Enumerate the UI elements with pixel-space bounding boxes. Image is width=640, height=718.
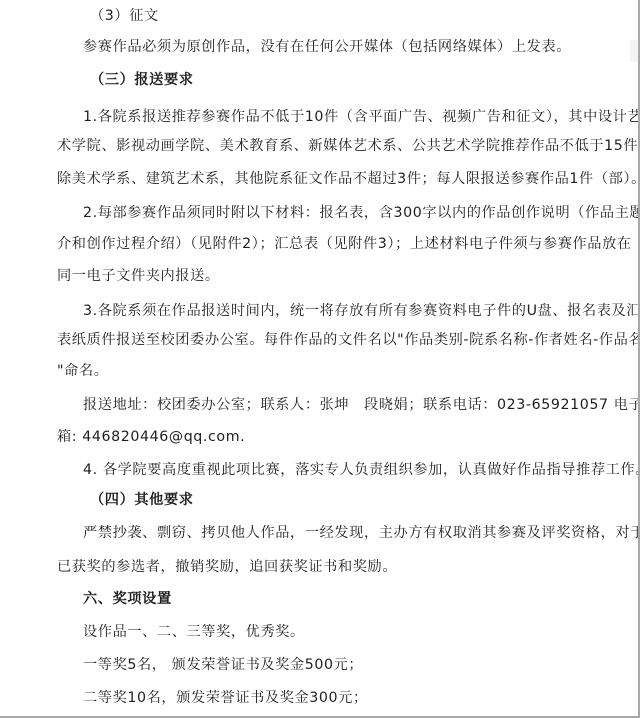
paragraph-line: 表纸质件报送至校团委办公室。每件作品的文件名以"作品类别-院系名称-作者姓名-作… bbox=[57, 330, 640, 350]
paragraph-line: 4. 各学院要高度重视此项比赛，落实专人负责组织参加，认真做好作品指导推荐工作。 bbox=[83, 460, 640, 480]
paragraph-line: 已获奖的参选者，撤销奖励，追回获奖证书和奖励。 bbox=[57, 557, 397, 577]
section-heading-awards: 六、奖项设置 bbox=[83, 589, 172, 609]
paragraph-line: 严禁抄袭、剽窃、拷贝他人作品，一经发现，主办方有权取消其参赛及评奖资格，对于 bbox=[83, 523, 640, 543]
contact-line: 报送地址：校团委办公室；联系人：张坤 段晓娟；联系电话：023-65921057… bbox=[83, 395, 640, 415]
paragraph-line: 2.每部参赛作品须同时附以下材料：报名表，含300字以内的作品创作说明（作品主题… bbox=[83, 203, 640, 223]
paragraph-line: 介和创作过程介绍）（见附件2）；汇总表（见附件3）；上述材料电子件须与参赛作品放… bbox=[57, 234, 632, 254]
subheading-essay: （3）征文 bbox=[90, 6, 159, 26]
paragraph-line: 1.各院系报送推荐参赛作品不低于10件（含平面广告、视频广告和征文），其中设计艺 bbox=[83, 107, 640, 127]
paragraph-line: 3.各院系须在作品报送时间内，统一将存放有所有参赛资料电子件的U盘、报名表及汇总 bbox=[83, 301, 640, 321]
email-line: 箱: 446820446@qq.com. bbox=[57, 427, 245, 447]
paragraph-line: 除美术学系、建筑艺术系，其他院系征文作品不超过3件；每人限报送参赛作品1件（部）… bbox=[57, 169, 640, 189]
award-first-prize: 一等奖5名， 颁发荣誉证书及奖金500元； bbox=[83, 655, 363, 675]
paragraph-line: 参赛作品必须为原创作品，没有在任何公开媒体（包括网络媒体）上发表。 bbox=[83, 37, 571, 57]
paragraph-line: 术学院、影视动画学院、美术教育系、新媒体艺术系、公共艺术学院推荐作品不低于15件… bbox=[57, 136, 640, 156]
section-heading-submission: （三）报送要求 bbox=[90, 70, 194, 90]
document-page: （3）征文 参赛作品必须为原创作品，没有在任何公开媒体（包括网络媒体）上发表。 … bbox=[0, 0, 640, 718]
award-second-prize: 二等奖10名，颁发荣誉证书及奖金300元； bbox=[83, 688, 368, 708]
paragraph-line: 设作品一、二、三等奖，优秀奖。 bbox=[83, 622, 305, 642]
scroll-edge-tab bbox=[630, 40, 640, 62]
section-heading-other: （四）其他要求 bbox=[90, 490, 194, 510]
paragraph-line: 同一电子文件夹内报送。 bbox=[57, 266, 220, 286]
paragraph-line: "命名。 bbox=[57, 361, 109, 381]
